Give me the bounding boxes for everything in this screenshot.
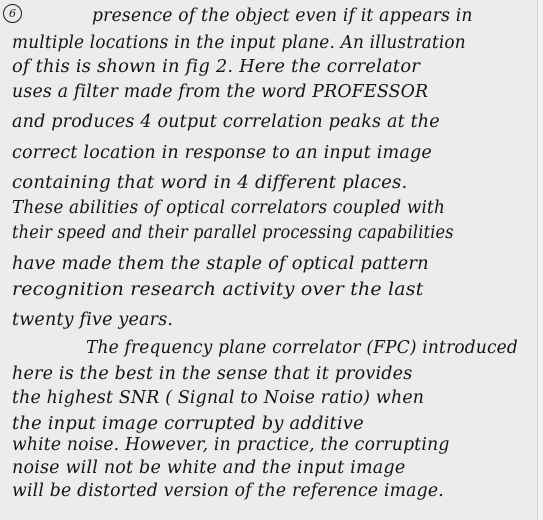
text-line: presence of the object even if it appear… — [92, 6, 473, 26]
text-line: multiple locations in the input plane. A… — [12, 33, 466, 53]
text-line: white noise. However, in practice, the c… — [12, 435, 449, 455]
text-line: here is the best in the sense that it pr… — [12, 364, 412, 384]
text-line: will be distorted version of the referen… — [12, 481, 444, 501]
text-line: containing that word in 4 different plac… — [12, 173, 407, 193]
text-line: These abilities of optical correlators c… — [12, 198, 445, 218]
text-line: The frequency plane correlator (FPC) int… — [86, 338, 518, 358]
text-line: and produces 4 output correlation peaks … — [12, 112, 440, 132]
text-line: the highest SNR ( Signal to Noise ratio)… — [12, 388, 424, 408]
text-line: the input image corrupted by additive — [12, 414, 364, 434]
text-line: have made them the staple of optical pat… — [12, 254, 429, 274]
page-edge — [538, 0, 543, 520]
text-line: uses a filter made from the word PROFESS… — [12, 82, 428, 102]
text-line: their speed and their parallel processin… — [12, 223, 454, 243]
text-line: noise will not be white and the input im… — [12, 458, 405, 478]
text-line: twenty five years. — [12, 310, 173, 330]
text-line: correct location in response to an input… — [12, 143, 432, 163]
page-number: 6 — [3, 4, 22, 23]
text-line: of this is shown in fig 2. Here the corr… — [12, 57, 420, 77]
handwritten-page: 6 presence of the object even if it appe… — [0, 0, 538, 520]
text-line: recognition research activity over the l… — [12, 280, 424, 300]
